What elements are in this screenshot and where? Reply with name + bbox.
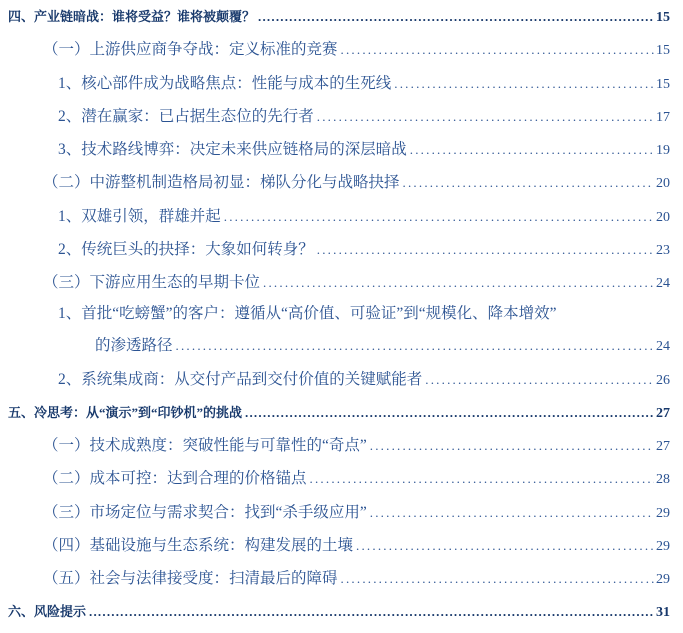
toc-entry-label: （一）上游供应商争夺战：定义标准的竞赛 <box>8 33 338 66</box>
toc-page-number: 26 <box>656 364 670 396</box>
dot-leader: ........................................… <box>425 363 654 396</box>
toc-page-number: 15 <box>656 34 670 66</box>
dot-leader: ........................................… <box>317 233 654 266</box>
toc-entry[interactable]: （一）技术成熟度：突破性能与可靠性的“奇点” .................… <box>8 429 670 462</box>
toc-entry-label: 2、系统集成商：从交付产品到交付价值的关键赋能者 <box>8 363 422 396</box>
toc-entry-label: 3、技术路线博弈：决定未来供应链格局的深层暗战 <box>8 133 407 166</box>
toc-page-number: 23 <box>656 234 670 266</box>
dot-leader: ........................................… <box>394 67 654 100</box>
toc-entry-continuation[interactable]: 的渗透路径 ..................................… <box>8 329 670 362</box>
toc-page-number: 29 <box>656 530 670 562</box>
toc-page-number: 27 <box>656 430 670 462</box>
dot-leader: ........................................… <box>310 462 654 495</box>
toc-entry[interactable]: 1、首批“吃螃蟹”的客户：遵循从“高价值、可验证”到“规模化、降本增效” ...… <box>8 299 670 329</box>
toc-entry[interactable]: 1、双雄引领，群雄并起 ............................… <box>8 200 670 233</box>
toc-entry-label: （三）市场定位与需求契合：找到“杀手级应用” <box>8 496 367 529</box>
toc-entry[interactable]: （四）基础设施与生态系统：构建发展的土壤 ...................… <box>8 529 670 562</box>
toc-entry[interactable]: 四、产业链暗战：谁将受益？谁将被颠覆？ ....................… <box>8 0 670 33</box>
toc-entry[interactable]: 2、系统集成商：从交付产品到交付价值的关键赋能者 ...............… <box>8 363 670 396</box>
toc-entry-label: 1、双雄引领，群雄并起 <box>8 200 221 233</box>
dot-leader: ........................................… <box>263 266 654 299</box>
toc-entry-label: （三）下游应用生态的早期卡位 <box>8 266 260 299</box>
toc-page-number: 29 <box>656 563 670 595</box>
toc-entry[interactable]: 五、冷思考：从“演示”到“印钞机”的挑战 ...................… <box>8 396 670 429</box>
dot-leader: ........................................… <box>258 0 654 33</box>
toc-entry[interactable]: 1、核心部件成为战略焦点：性能与成本的生死线 .................… <box>8 67 670 100</box>
dot-leader: ........................................… <box>89 595 654 628</box>
toc-page-number: 24 <box>656 267 670 299</box>
toc-page-number: 15 <box>656 1 670 33</box>
toc-entry-label: 四、产业链暗战：谁将受益？谁将被颠覆？ <box>8 0 255 33</box>
toc-entry-label: （四）基础设施与生态系统：构建发展的土壤 <box>8 529 353 562</box>
toc-page-number: 27 <box>656 397 670 429</box>
toc-page-number: 24 <box>656 330 670 362</box>
toc-page-number: 17 <box>656 101 670 133</box>
dot-leader: ........................................… <box>317 100 654 133</box>
toc-entry-label: （二）中游整机制造格局初显：梯队分化与战略抉择 <box>8 166 400 199</box>
toc-entry[interactable]: （三）下游应用生态的早期卡位 .........................… <box>8 266 670 299</box>
toc-page-number: 15 <box>656 68 670 100</box>
toc-entry-label: （一）技术成熟度：突破性能与可靠性的“奇点” <box>8 429 367 462</box>
toc-page-number: 19 <box>656 134 670 166</box>
toc-page-number: 28 <box>656 463 670 495</box>
toc-entry-label: （五）社会与法律接受度：扫清最后的障碍 <box>8 562 338 595</box>
toc-page-number: 29 <box>656 497 670 529</box>
dot-leader: ........................................… <box>224 200 654 233</box>
toc-entry[interactable]: （三）市场定位与需求契合：找到“杀手级应用” .................… <box>8 496 670 529</box>
toc-entry-label: 的渗透路径 <box>8 329 173 362</box>
toc-page-number: 31 <box>656 596 670 628</box>
toc-entry-label: 1、首批“吃螃蟹”的客户：遵循从“高价值、可验证”到“规模化、降本增效” <box>8 299 557 329</box>
toc-entry[interactable]: （二）中游整机制造格局初显：梯队分化与战略抉择 ................… <box>8 166 670 199</box>
toc-page-number: 20 <box>656 201 670 233</box>
dot-leader: ........................................… <box>341 562 654 595</box>
toc-entry-label: 2、传统巨头的抉择：大象如何转身？ <box>8 233 314 266</box>
dot-leader: ........................................… <box>403 166 654 199</box>
toc-entry[interactable]: 2、传统巨头的抉择：大象如何转身？ ......................… <box>8 233 670 266</box>
toc-entry[interactable]: （五）社会与法律接受度：扫清最后的障碍 ....................… <box>8 562 670 595</box>
dot-leader: ........................................… <box>245 396 654 429</box>
dot-leader: ........................................… <box>176 329 654 362</box>
table-of-contents: 四、产业链暗战：谁将受益？谁将被颠覆？ ....................… <box>0 0 683 633</box>
toc-entry[interactable]: 六、风险提示 .................................… <box>8 595 670 628</box>
toc-entry[interactable]: 3、技术路线博弈：决定未来供应链格局的深层暗战 ................… <box>8 133 670 166</box>
dot-leader: ........................................… <box>370 429 654 462</box>
toc-entry-label: 六、风险提示 <box>8 595 86 628</box>
toc-entry-label: （二）成本可控：达到合理的价格锚点 <box>8 462 307 495</box>
toc-entry[interactable]: 2、潜在赢家：已占据生态位的先行者 ......................… <box>8 100 670 133</box>
toc-entry-label: 2、潜在赢家：已占据生态位的先行者 <box>8 100 314 133</box>
toc-entry[interactable]: （二）成本可控：达到合理的价格锚点 ......................… <box>8 462 670 495</box>
document-page: { "document": { "background": "#ffffff",… <box>0 0 683 633</box>
toc-entry-label: 五、冷思考：从“演示”到“印钞机”的挑战 <box>8 396 242 429</box>
toc-entry[interactable]: （一）上游供应商争夺战：定义标准的竞赛 ....................… <box>8 33 670 66</box>
dot-leader: ........................................… <box>341 33 654 66</box>
dot-leader: ........................................… <box>370 496 654 529</box>
dot-leader: ........................................… <box>410 133 654 166</box>
toc-page-number: 20 <box>656 167 670 199</box>
dot-leader: ........................................… <box>356 529 654 562</box>
toc-entry-label: 1、核心部件成为战略焦点：性能与成本的生死线 <box>8 67 391 100</box>
